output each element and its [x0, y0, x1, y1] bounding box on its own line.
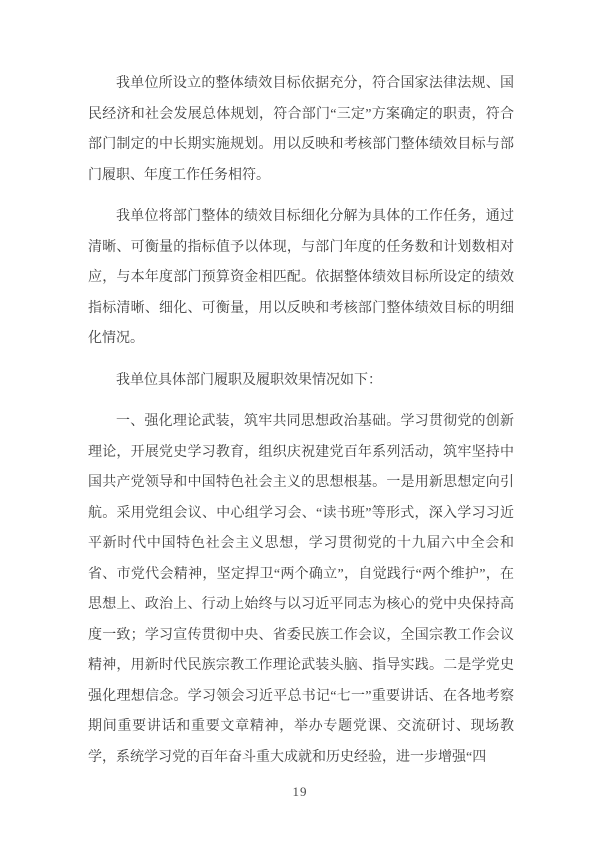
page-number: 19: [0, 784, 600, 800]
document-body: 我单位所设立的整体绩效目标依据充分，符合国家法律法规、国民经济和社会发展总体规划…: [88, 69, 514, 773]
paragraph-section-one-theory: 一、强化理论武装，筑牢共同思想政治基础。学习贯彻党的创新理论，开展党史学习教育，…: [88, 407, 514, 773]
paragraph-duty-intro: 我单位具体部门履职及履职效果情况如下：: [88, 366, 514, 397]
paragraph-goal-breakdown: 我单位将部门整体的绩效目标细化分解为具体的工作任务，通过清晰、可衡量的指标值予以…: [88, 202, 514, 355]
paragraph-overall-goal-basis: 我单位所设立的整体绩效目标依据充分，符合国家法律法规、国民经济和社会发展总体规划…: [88, 69, 514, 191]
document-page: 我单位所设立的整体绩效目标依据充分，符合国家法律法规、国民经济和社会发展总体规划…: [0, 0, 600, 848]
